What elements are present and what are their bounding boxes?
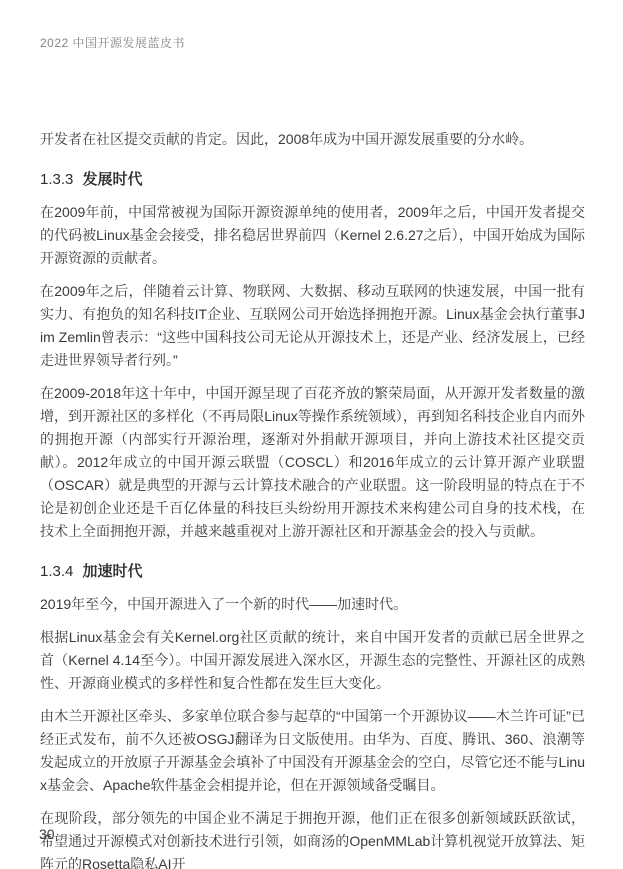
- section-title: 发展时代: [83, 171, 143, 188]
- page-header-title: 2022 中国开源发展蓝皮书: [40, 36, 185, 50]
- section-number: 1.3.4: [40, 563, 73, 580]
- body-paragraph: 在2009年前，中国常被视为国际开源资源单纯的使用者，2009年之后，中国开发者…: [40, 201, 585, 270]
- page-number: 30: [39, 826, 55, 842]
- body-paragraph: 2019年至今，中国开源进入了一个新的时代——加速时代。: [40, 593, 585, 616]
- page-content: 开发者在社区提交贡献的肯定。因此，2008年成为中国开源发展重要的分水岭。 1.…: [40, 128, 585, 869]
- section-heading-1-3-4: 1.3.4 加速时代: [40, 561, 585, 582]
- body-paragraph: 根据Linux基金会有关Kernel.org社区贡献的统计，来自中国开发者的贡献…: [40, 626, 585, 695]
- body-paragraph: 在2009年之后，伴随着云计算、物联网、大数据、移动互联网的快速发展，中国一批有…: [40, 280, 585, 372]
- document-page: 2022 中国开源发展蓝皮书 开发者在社区提交贡献的肯定。因此，2008年成为中…: [0, 0, 623, 869]
- section-title: 加速时代: [83, 563, 143, 580]
- body-paragraph: 由木兰开源社区牵头、多家单位联合参与起草的“中国第一个开源协议——木兰许可证”已…: [40, 705, 585, 797]
- body-paragraph: 在现阶段，部分领先的中国企业不满足于拥抱开源，他们正在很多创新领域跃跃欲试，希望…: [40, 807, 585, 869]
- body-paragraph: 在2009-2018年这十年中，中国开源呈现了百花齐放的繁荣局面，从开源开发者数…: [40, 382, 585, 543]
- section-number: 1.3.3: [40, 171, 73, 188]
- intro-paragraph: 开发者在社区提交贡献的肯定。因此，2008年成为中国开源发展重要的分水岭。: [40, 128, 585, 151]
- section-heading-1-3-3: 1.3.3 发展时代: [40, 169, 585, 190]
